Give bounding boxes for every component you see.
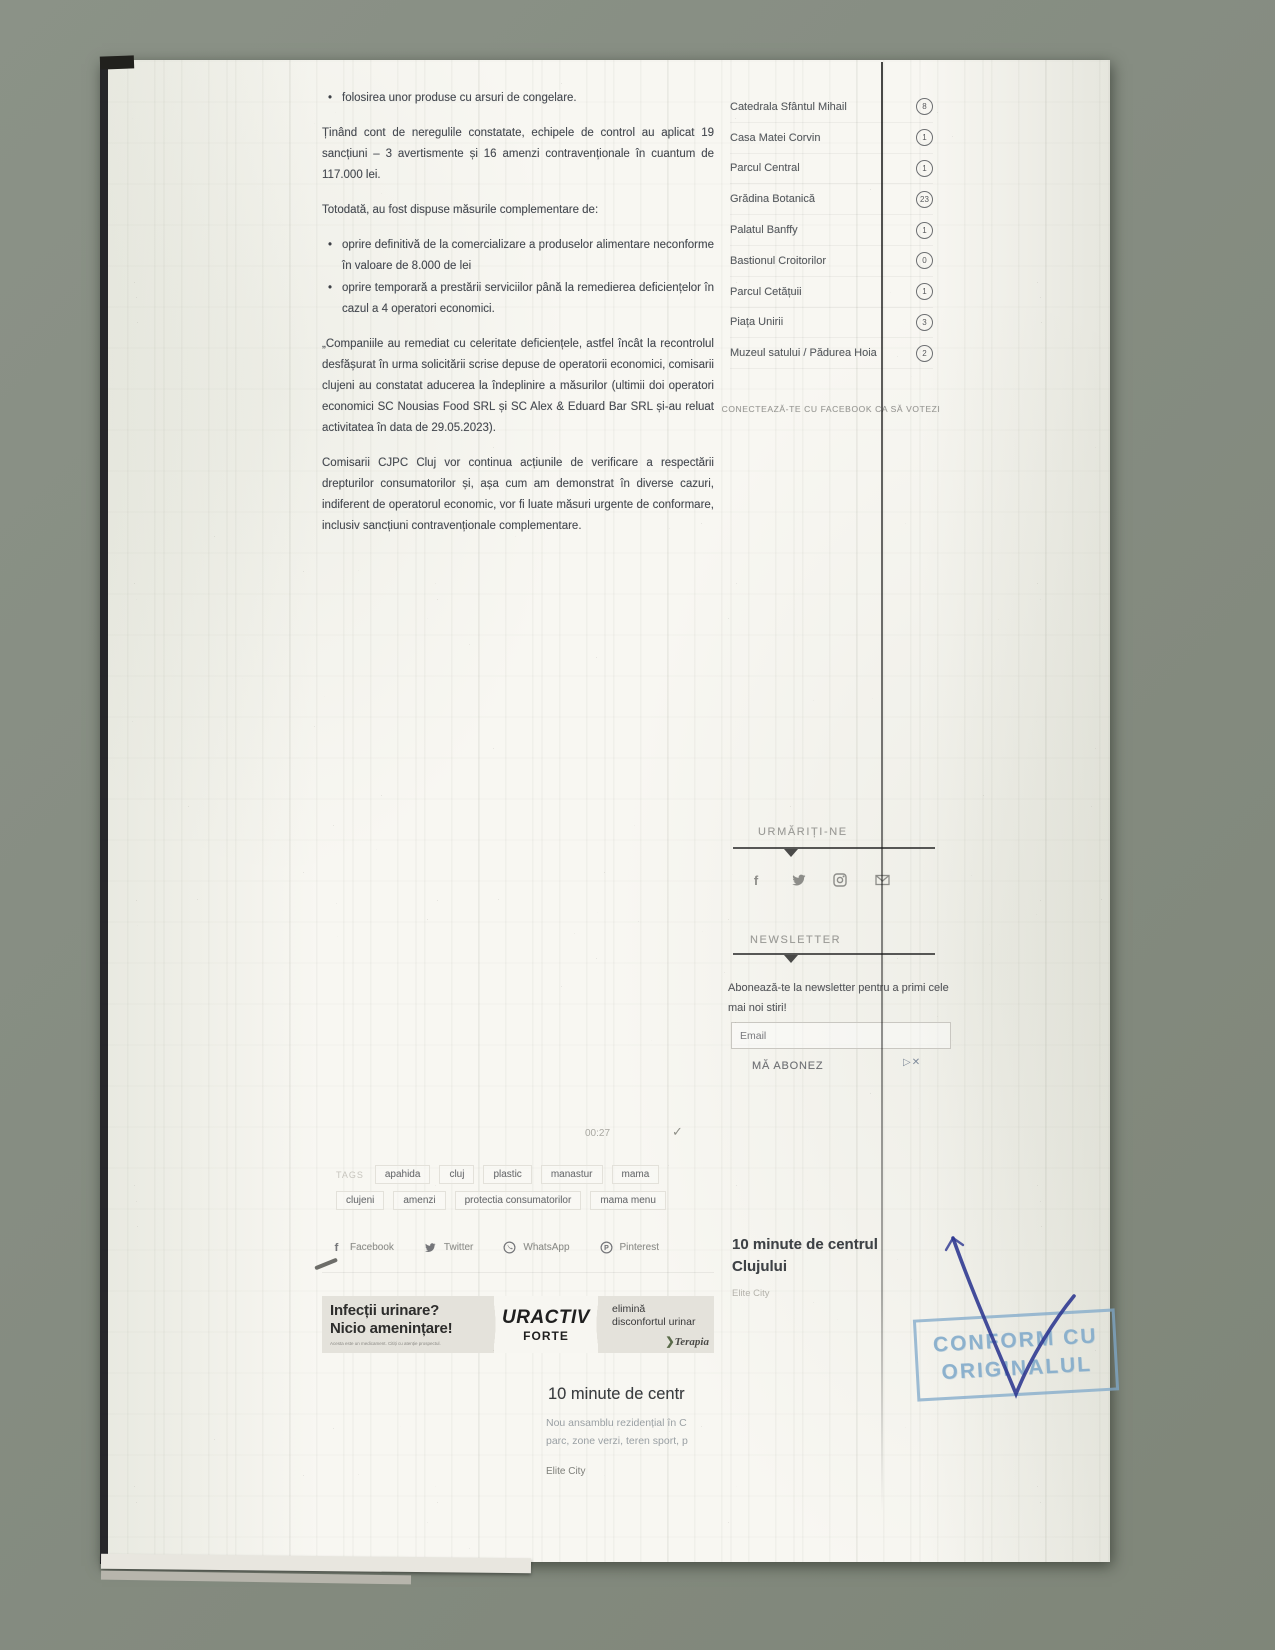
newsletter-intro: Abonează-te la newsletter pentru a primi… <box>728 978 950 1019</box>
article-paragraph: Ținând cont de neregulile constatate, ec… <box>322 123 714 186</box>
tag-chip[interactable]: amenzi <box>393 1191 445 1210</box>
svg-text:P: P <box>604 1245 609 1252</box>
poll-option-label: Casa Matei Corvin <box>730 132 820 144</box>
tags-section: TAGS apahida cluj plastic manastur mama … <box>336 1165 708 1210</box>
share-facebook-button[interactable]: f Facebook <box>330 1241 394 1254</box>
scan-corner-mark <box>100 55 134 69</box>
promo-article-title[interactable]: 10 minute de centr <box>548 1385 685 1404</box>
poll-option[interactable]: Muzeul satului / Pădurea Hoia 2 <box>730 338 933 369</box>
video-timestamp: 00:27 <box>585 1128 610 1139</box>
ad-brand-name: URACTIV <box>502 1307 590 1329</box>
ad-benefit-text: elimină disconfortul urinar <box>612 1303 696 1329</box>
poll-option-label: Palatul Banffy <box>730 224 798 236</box>
conform-cu-originalul-stamp: CONFORM CU ORIGINALUL <box>913 1308 1119 1401</box>
poll-option-label: Parcul Cetățuii <box>730 286 802 298</box>
tag-chip[interactable]: manastur <box>541 1165 603 1184</box>
poll-option-label: Piața Unirii <box>730 316 783 328</box>
share-label: Pinterest <box>620 1242 659 1253</box>
article-paragraph: „Companiile au remediat cu celeritate de… <box>322 334 714 439</box>
facebook-icon[interactable]: f <box>748 872 764 888</box>
share-bar: f Facebook Twitter WhatsApp P Pinterest <box>330 1241 659 1254</box>
terapia-logo: ❯Terapia <box>665 1335 709 1348</box>
poll-option[interactable]: Parcul Central 1 <box>730 154 933 185</box>
vote-count-badge: 23 <box>916 191 933 208</box>
tags-label: TAGS <box>336 1170 364 1180</box>
ad-benefit-block: elimină disconfortul urinar ❯Terapia <box>598 1296 714 1353</box>
follow-section-pointer <box>784 849 798 857</box>
article-paragraph: Totodată, au fost dispuse măsurile compl… <box>322 200 714 221</box>
vote-count-badge: 1 <box>916 283 933 300</box>
tag-chip[interactable]: cluj <box>439 1165 474 1184</box>
twitter-icon <box>424 1241 437 1254</box>
vote-count-badge: 1 <box>916 160 933 177</box>
poll-option[interactable]: Piața Unirii 3 <box>730 308 933 339</box>
tag-chip[interactable]: apahida <box>375 1165 431 1184</box>
article-bullet: folosirea unor produse cu arsuri de cong… <box>322 88 714 109</box>
promo-line: Nou ansamblu rezidențial în C <box>546 1414 688 1432</box>
tag-chip[interactable]: plastic <box>483 1165 531 1184</box>
stacked-sheet-edge <box>101 1554 531 1574</box>
ad-headline-line1: Infecții urinare? <box>330 1302 490 1320</box>
promo-line: parc, zone verzi, teren sport, p <box>546 1432 688 1450</box>
ad-fineprint: Acesta este un medicament. Citiți cu ate… <box>330 1341 490 1346</box>
newsletter-section-rule <box>733 953 935 955</box>
poll-option[interactable]: Palatul Banffy 1 <box>730 215 933 246</box>
poll-option[interactable]: Casa Matei Corvin 1 <box>730 123 933 154</box>
follow-section-rule <box>733 847 935 849</box>
social-links: f <box>748 872 890 888</box>
poll-option-label: Muzeul satului / Pădurea Hoia <box>730 347 877 359</box>
scan-left-edge <box>100 58 108 1564</box>
poll-option[interactable]: Catedrala Sfântul Mihail 8 <box>730 92 933 123</box>
newsletter-section-pointer <box>784 955 798 963</box>
stacked-sheet-edge-2 <box>101 1571 411 1585</box>
divider <box>322 1272 714 1273</box>
follow-section-title: URMĂRIȚI-NE <box>758 826 848 838</box>
adchoices-icon[interactable]: ▷✕ <box>903 1057 921 1068</box>
ad-headline-block: Infecții urinare? Nicio amenințare! Aces… <box>322 1296 494 1353</box>
ad-banner[interactable]: Infecții urinare? Nicio amenințare! Aces… <box>322 1296 714 1353</box>
newsletter-email-input[interactable] <box>731 1022 951 1049</box>
article-paragraph: Comisarii CJPC Cluj vor continua acțiuni… <box>322 453 714 537</box>
poll-option[interactable]: Bastionul Croitorilor 0 <box>730 246 933 277</box>
article-bullet: oprire definitivă de la comercializare a… <box>322 235 714 277</box>
scanned-page-canvas: folosirea unor produse cu arsuri de cong… <box>0 0 1275 1650</box>
share-label: Facebook <box>350 1242 394 1253</box>
share-label: WhatsApp <box>523 1242 569 1253</box>
vote-count-badge: 3 <box>916 314 933 331</box>
ad-brand-block: URACTIV FORTE <box>494 1296 598 1353</box>
share-twitter-button[interactable]: Twitter <box>424 1241 473 1254</box>
share-pinterest-button[interactable]: P Pinterest <box>600 1241 659 1254</box>
article-body: folosirea unor produse cu arsuri de cong… <box>322 88 714 551</box>
instagram-icon[interactable] <box>832 872 848 888</box>
leaf-icon: ❯ <box>665 1336 674 1348</box>
poll-widget: Catedrala Sfântul Mihail 8 Casa Matei Co… <box>730 92 933 369</box>
twitter-icon[interactable] <box>790 872 806 888</box>
share-whatsapp-button[interactable]: WhatsApp <box>503 1241 569 1254</box>
subscribe-button[interactable]: MĂ ABONEZ <box>752 1060 823 1072</box>
ad-brand-variant: FORTE <box>523 1329 569 1343</box>
tag-chip[interactable]: mama <box>612 1165 660 1184</box>
promo-source: Elite City <box>546 1466 585 1477</box>
poll-option[interactable]: Parcul Cetățuii 1 <box>730 277 933 308</box>
vote-count-badge: 2 <box>916 345 933 362</box>
vote-count-badge: 1 <box>916 222 933 239</box>
newsletter-section-title: NEWSLETTER <box>750 934 841 946</box>
tag-chip[interactable]: protectia consumatorilor <box>455 1191 582 1210</box>
tag-chip[interactable]: clujeni <box>336 1191 384 1210</box>
promo-article-excerpt: Nou ansamblu rezidențial în C parc, zone… <box>546 1414 688 1451</box>
scan-fold-line <box>881 62 883 1512</box>
poll-option-label: Bastionul Croitorilor <box>730 255 826 267</box>
whatsapp-icon <box>503 1241 516 1254</box>
vote-count-badge: 1 <box>916 129 933 146</box>
poll-option-label: Grădina Botanică <box>730 193 815 205</box>
pinterest-icon: P <box>600 1241 613 1254</box>
poll-option[interactable]: Grădina Botanică 23 <box>730 184 933 215</box>
poll-facebook-login-hint[interactable]: CONECTEAZĂ-TE CU FACEBOOK CA SĂ VOTEZI <box>716 404 946 414</box>
article-bullet-list-1: folosirea unor produse cu arsuri de cong… <box>322 88 714 109</box>
article-bullet: oprire temporară a prestării serviciilor… <box>322 278 714 320</box>
facebook-icon: f <box>330 1241 343 1254</box>
poll-option-label: Catedrala Sfântul Mihail <box>730 101 847 113</box>
sidebar-promo-title[interactable]: 10 minute de centrul Clujului <box>732 1234 917 1278</box>
article-bullet-list-2: oprire definitivă de la comercializare a… <box>322 235 714 321</box>
ad-headline-line2: Nicio amenințare! <box>330 1320 490 1338</box>
vote-count-badge: 0 <box>916 252 933 269</box>
poll-option-label: Parcul Central <box>730 162 800 174</box>
share-label: Twitter <box>444 1242 473 1253</box>
tag-chip[interactable]: mama menu <box>590 1191 666 1210</box>
vote-count-badge: 8 <box>916 98 933 115</box>
sidebar-promo-source: Elite City <box>732 1288 769 1299</box>
check-icon: ✓ <box>672 1124 683 1140</box>
